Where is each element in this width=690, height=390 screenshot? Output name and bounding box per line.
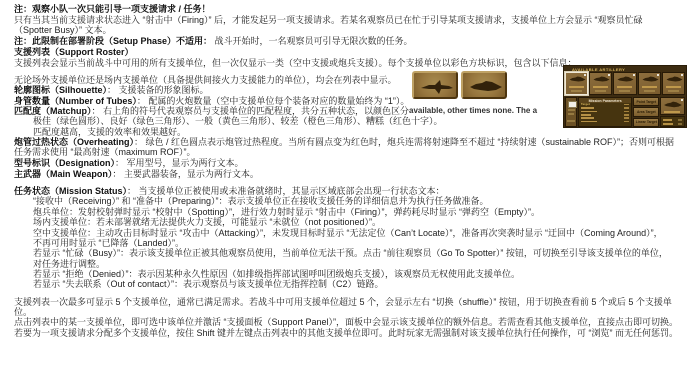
term-label: 任务状态（Mission Status） bbox=[14, 186, 127, 196]
text-segment: ： 配属的火炮数量（空中支援单位每个装备对应的数量始终为 “1”）。 bbox=[137, 96, 410, 106]
selected-unit-cell bbox=[660, 97, 685, 127]
doc-line-24: 若显示 “拒绝（Denied）”：表示因某种永久性原因（如排级指挥部试图呼叫团级… bbox=[33, 269, 520, 279]
param-label bbox=[581, 117, 594, 119]
text-segment: （Spotter Busy）” 文本。 bbox=[14, 25, 112, 35]
doc-line-2: （Spotter Busy）” 文本。 bbox=[14, 25, 112, 35]
ammo-icon bbox=[568, 101, 577, 108]
doc-line-17: “接收中（Receiving）” 和 “准备中（Preparing）”：表示支援… bbox=[33, 196, 489, 206]
doc-line-6: 无论场外支援单位还是场内支援单位（具备提供间接火力支援能力的单位），均会在列表中… bbox=[14, 75, 397, 85]
text-segment: 匹配度越高，支援的效率和效果越好。 bbox=[33, 127, 186, 137]
text-segment: 不再可用时显示 “已降落（Landed）”。 bbox=[33, 238, 184, 248]
param-label bbox=[581, 114, 591, 116]
text-segment: ： 右上角的符号代表观察员与支援单位的匹配程度，共分五种状态，以颜色区分 bbox=[92, 106, 410, 116]
doc-line-7: 轮廓图标（Silhouette）： 支援装备的形象图标。 bbox=[14, 85, 209, 95]
doc-line-4: 支援列表（Support Roster） bbox=[14, 47, 134, 57]
doc-line-15: 主武器（Main Weapon）： 主要武器装备，显示为两行文本。 bbox=[14, 169, 259, 179]
term-label: 注：观察小队一次只能引导一项支援请求 / 任务！ bbox=[14, 4, 211, 14]
doc-line-20: 空中支援单位：主动攻击目标时显示 “攻击中（Attacking）”，未发现目标时… bbox=[33, 228, 663, 238]
text-segment: 支援列表一次最多可显示 5 个支援单位，通常已满足需求。若战斗中可用支援单位超过… bbox=[14, 297, 672, 307]
mission-parameters-rows: Target bbox=[579, 103, 632, 123]
unit-designation-text bbox=[617, 86, 632, 88]
doc-line-5: 支援列表会显示当前战斗中可用的所有支援单位，但一次仅显示一类（空中支援或炮兵支援… bbox=[14, 58, 577, 68]
support-unit-card bbox=[638, 72, 661, 95]
support-unit-card bbox=[565, 72, 588, 95]
term-label: 身管数量（Number of Tubes） bbox=[14, 96, 137, 106]
text-segment: 空中支援单位：主动攻击目标时显示 “攻击中（Attacking）”，未发现目标时… bbox=[33, 228, 663, 238]
text-segment: 若显示 “失去联系（Out of contact）”：表示观察员与该支援单位无指… bbox=[33, 279, 384, 289]
text-segment: 只有当其当前支援请求状态进入 “射击中（Firing）” 后，才能发起另一项支援… bbox=[14, 15, 643, 25]
param-value bbox=[624, 107, 629, 109]
term-label: 注：此限制在部署阶段（Setup Phase）不适用： bbox=[14, 36, 212, 46]
support-unit-card bbox=[613, 72, 636, 95]
param-value bbox=[624, 117, 629, 119]
unit-weapon-text bbox=[668, 90, 679, 92]
text-segment: 极佳（绿色圆形）、良好（绿色三角形）、一般（黄色三角形）、较差（橙色三角形）、糟… bbox=[33, 116, 443, 126]
unit-weapon-text bbox=[644, 90, 655, 92]
matchup-symbol-icon bbox=[608, 74, 610, 76]
text-segment: 场内支援单位：若未部署就绪无法提供火力支援，可能显示 “未就位（not posi… bbox=[33, 217, 381, 227]
text-segment: 点击列表中的某一支援单位，即可选中该单位并激活 “支援面板（Support Pa… bbox=[14, 317, 678, 327]
doc-line-18: 炮兵单位：发射校射弹时显示 “校射中（Spotting）”，进行效力射时显示 “… bbox=[33, 207, 540, 217]
doc-line-28: 点击列表中的某一支援单位，即可选中该单位并激活 “支援面板（Support Pa… bbox=[14, 317, 678, 327]
text-segment: ： 军用型号，显示为两行文本。 bbox=[115, 158, 244, 168]
param-value bbox=[624, 104, 629, 106]
doc-line-26: 支援列表一次最多可显示 5 个支援单位，通常已满足需求。若战斗中可用支援单位超过… bbox=[14, 297, 672, 307]
text-segment: ： 绿色 / 红色圆点表示炮管过热程度。当所有圆点变为红色时，炮兵连需将射速降至… bbox=[134, 137, 674, 147]
param-label bbox=[581, 111, 597, 113]
mission-parameter-row bbox=[579, 120, 632, 123]
doc-line-23: 对任务进行调整。 bbox=[33, 259, 105, 269]
term-label: 轮廓图标（Silhouette） bbox=[14, 85, 107, 95]
term-label: 主武器（Main Weapon） bbox=[14, 169, 112, 179]
unit-weapon-text bbox=[571, 90, 582, 92]
doc-line-13: 任务需求使用 “最高射速（maximum ROF）”。 bbox=[14, 147, 196, 157]
doc-line-3: 注：此限制在部署阶段（Setup Phase）不适用： 战斗开始时，一名观察员可… bbox=[14, 36, 413, 46]
unit-cards-row bbox=[564, 72, 686, 96]
param-value bbox=[624, 114, 629, 116]
unit-weapon-text bbox=[619, 90, 630, 92]
unit-designation-text bbox=[642, 86, 657, 88]
doc-line-25: 若显示 “失去联系（Out of contact）”：表示观察员与该支援单位无指… bbox=[33, 279, 384, 289]
text-segment: 支援列表会显示当前战斗中可用的所有支援单位，但一次仅显示一类（空中支援或炮兵支援… bbox=[14, 58, 577, 68]
doc-line-0: 注：观察小队一次只能引导一项支援请求 / 任务！ bbox=[14, 4, 211, 14]
doc-line-19: 场内支援单位：若未部署就绪无法提供火力支援，可能显示 “未就位（not posi… bbox=[33, 217, 381, 227]
available-artillery-panel-figure: AVAILABLE ARTILLERY Mission Parameters T… bbox=[563, 65, 687, 128]
doc-line-8: 身管数量（Number of Tubes）： 配属的火炮数量（空中支援单位每个装… bbox=[14, 96, 409, 106]
doc-line-1: 只有当其当前支援请求状态进入 “射击中（Firing）” 后，才能发起另一项支援… bbox=[14, 15, 643, 25]
text-segment: ： 当支援单位正被使用或未准备就绪时，其显示区域底部会出现一行状态文本： bbox=[127, 186, 445, 196]
doc-line-21: 不再可用时显示 “已降落（Landed）”。 bbox=[33, 238, 184, 248]
param-label bbox=[581, 121, 597, 123]
matchup-symbol-icon bbox=[657, 74, 659, 76]
mission-parameters-panel: Mission Parameters Target bbox=[578, 97, 633, 127]
doc-line-29: 若要为一项支援请求分配多个支援单位，按住 Shift 键并左键点击列表中的其他支… bbox=[14, 328, 678, 338]
text-segment: 炮兵单位：发射校射弹时显示 “校射中（Spotting）”，进行效力射时显示 “… bbox=[33, 207, 540, 217]
doc-line-10: 极佳（绿色圆形）、良好（绿色三角形）、一般（黄色三角形）、较差（橙色三角形）、糟… bbox=[33, 116, 443, 126]
unit-weapon-text bbox=[595, 90, 606, 92]
text-segment: ： 支援装备的形象图标。 bbox=[107, 85, 209, 95]
support-unit-button bbox=[461, 71, 507, 99]
text-segment: ： 主要武器装备，显示为两行文本。 bbox=[112, 169, 259, 179]
unit-designation-text bbox=[666, 86, 681, 88]
support-unit-card bbox=[660, 97, 685, 115]
param-value bbox=[624, 111, 629, 113]
untranslated-english-text: available, other times none. The a bbox=[409, 106, 537, 115]
doc-line-11: 匹配度越高，支援的效率和效果越好。 bbox=[33, 127, 186, 137]
text-segment: 若要为一项支援请求分配多个支援单位，按住 Shift 键并左键点击列表中的其他支… bbox=[14, 328, 678, 338]
area-target-button: Area Target bbox=[633, 107, 659, 116]
target-buttons-column: Point TargetArea TargetLinear Target bbox=[633, 97, 659, 127]
air-support-unit-buttons-figure bbox=[412, 71, 510, 104]
doc-line-12: 炮管过热状态（Overheating）： 绿色 / 红色圆点表示炮管过热程度。当… bbox=[14, 137, 674, 147]
param-label bbox=[581, 107, 594, 109]
param-label: Target bbox=[581, 103, 590, 106]
matchup-symbol-icon bbox=[633, 74, 635, 76]
text-segment: “接收中（Receiving）” 和 “准备中（Preparing）”：表示支援… bbox=[33, 196, 489, 206]
matchup-symbol-icon bbox=[681, 99, 683, 101]
text-segment: 战斗开始时，一名观察员可引导无限次数的任务。 bbox=[212, 36, 413, 46]
document-page: 注：观察小队一次只能引导一项支援请求 / 任务！只有当其当前支援请求状态进入 “… bbox=[0, 0, 690, 390]
doc-line-16: 任务状态（Mission Status）： 当支援单位正被使用或未准备就绪时，其… bbox=[14, 186, 445, 196]
panel-bottom-row: Mission Parameters Target Point TargetAr… bbox=[564, 96, 686, 128]
matchup-symbol-icon bbox=[584, 74, 586, 76]
matchup-symbol-icon bbox=[681, 74, 683, 76]
linear-target-button: Linear Target bbox=[633, 118, 659, 127]
text-segment: 若显示 “拒绝（Denied）”：表示因某种永久性原因（如排级指挥部试图呼叫团级… bbox=[33, 269, 520, 279]
term-label: 支援列表（Support Roster） bbox=[14, 47, 134, 57]
text-segment: 若显示 “忙碌（Busy）”：表示该支援单位正被其他观察员使用，当前单位无法干预… bbox=[33, 248, 668, 258]
unit-designation-text bbox=[569, 86, 584, 88]
doc-line-27: 位。 bbox=[14, 307, 32, 317]
term-label: 炮管过热状态（Overheating） bbox=[14, 137, 134, 147]
unit-info-rows bbox=[660, 116, 685, 127]
doc-line-14: 型号标识（Designation）： 军用型号，显示为两行文本。 bbox=[14, 158, 244, 168]
rounds-card bbox=[565, 97, 577, 127]
doc-line-22: 若显示 “忙碌（Busy）”：表示该支援单位正被其他观察员使用，当前单位无法干预… bbox=[33, 248, 668, 258]
text-segment: 对任务进行调整。 bbox=[33, 259, 105, 269]
term-label: 型号标识（Designation） bbox=[14, 158, 115, 168]
support-unit-card bbox=[589, 72, 612, 95]
support-unit-card bbox=[662, 72, 685, 95]
support-unit-button bbox=[412, 71, 458, 99]
text-segment: 任务需求使用 “最高射速（maximum ROF）”。 bbox=[14, 147, 196, 157]
unit-designation-text bbox=[593, 86, 608, 88]
param-value bbox=[624, 121, 629, 123]
point-target-button: Point Target bbox=[633, 97, 659, 106]
term-label: 匹配度（Matchup） bbox=[14, 106, 92, 116]
text-segment: 无论场外支援单位还是场内支援单位（具备提供间接火力支援能力的单位），均会在列表中… bbox=[14, 75, 397, 85]
text-segment: 位。 bbox=[14, 307, 32, 317]
